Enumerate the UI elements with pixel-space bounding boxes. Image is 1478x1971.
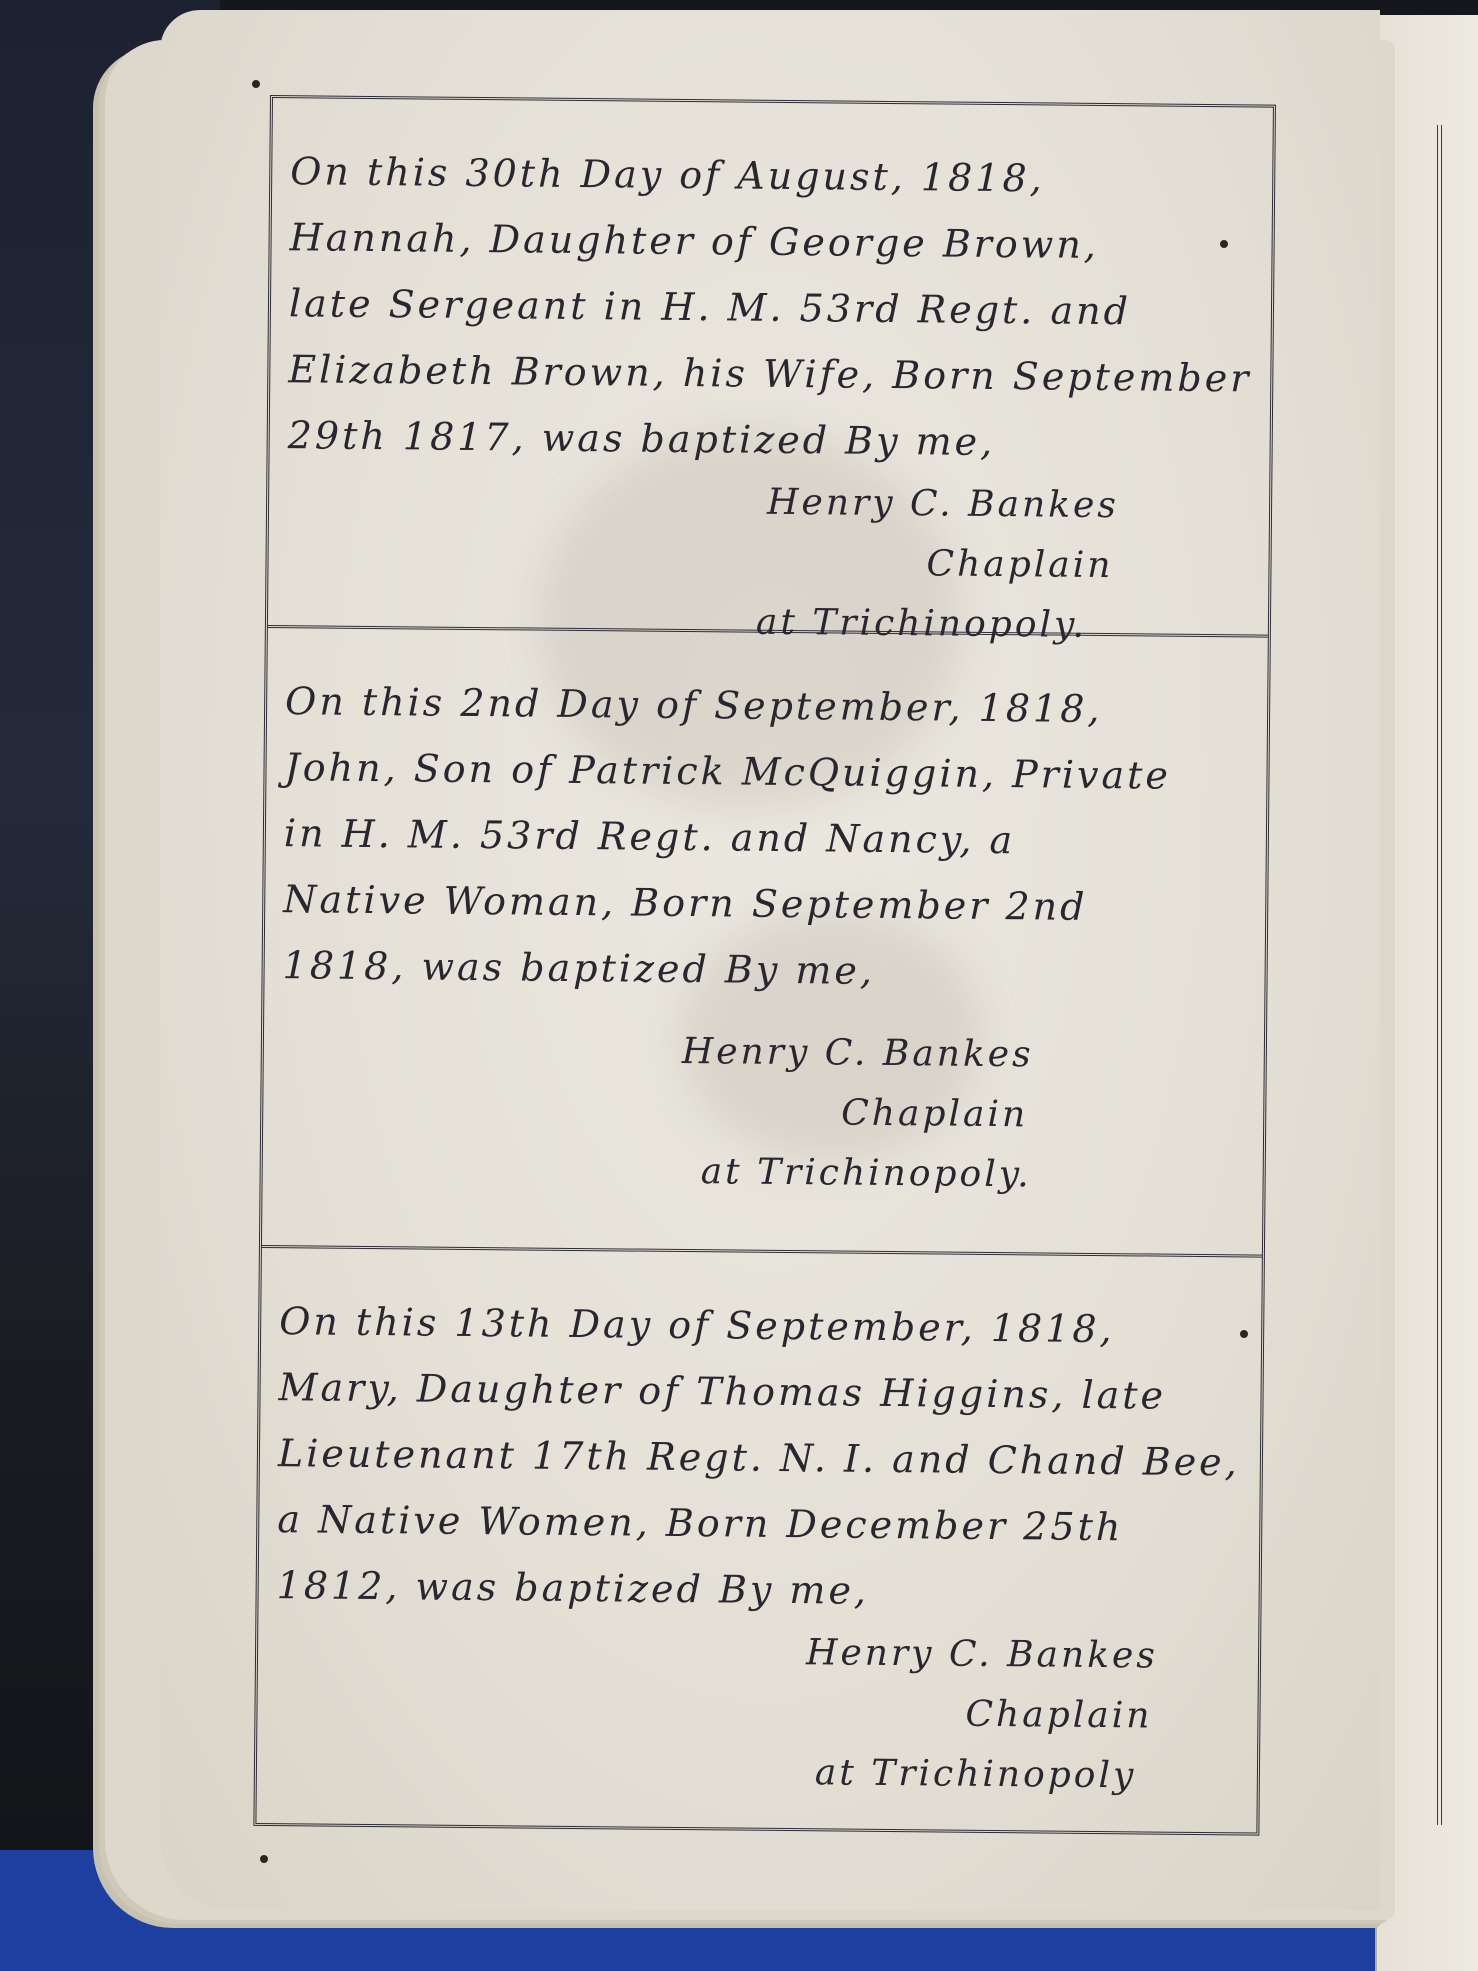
wormhole	[260, 1855, 268, 1863]
signature-name: Henry C. Bankes	[806, 1623, 1241, 1687]
adjacent-page-rule	[1437, 125, 1442, 1825]
entry-line: in H. M. 53rd Regt. and Nancy, a	[284, 800, 1249, 875]
entry-line: Elizabeth Brown, his Wife, Born Septembe…	[288, 336, 1253, 411]
wormhole	[252, 80, 260, 88]
entry-line: 1818, was baptized By me,	[282, 932, 1247, 1007]
entry-line: Hannah, Daughter of George Brown,	[289, 204, 1254, 279]
signature-title: Chaplain	[841, 1084, 1246, 1148]
baptism-entry: On this 13th Day of September, 1818, Mar…	[256, 1248, 1261, 1833]
signature-name: Henry C. Bankes	[682, 1022, 1247, 1087]
register-page: On this 30th Day of August, 1818, Hannah…	[160, 10, 1380, 1910]
register-frame: On this 30th Day of August, 1818, Hannah…	[253, 95, 1276, 1836]
signature-name: Henry C. Bankes	[767, 473, 1252, 538]
entry-line: On this 30th Day of August, 1818,	[290, 138, 1255, 213]
entry-line: On this 2nd Day of September, 1818,	[285, 668, 1250, 743]
signature-place: at Trichinopoly.	[700, 1142, 1245, 1207]
entry-line: late Sergeant in H. M. 53rd Regt. and	[289, 270, 1254, 345]
entry-line: Native Woman, Born September 2nd	[283, 866, 1248, 941]
entry-line: 1812, was baptized By me,	[276, 1552, 1241, 1627]
baptism-entry: On this 2nd Day of September, 1818, John…	[262, 628, 1268, 1258]
signature-title: Chaplain	[926, 534, 1251, 597]
signature-title: Chaplain	[965, 1685, 1240, 1748]
entry-line: Mary, Daughter of Thomas Higgins, late	[278, 1354, 1243, 1429]
entry-line: a Native Women, Born December 25th	[277, 1486, 1242, 1561]
signature-place: at Trichinopoly	[815, 1743, 1240, 1807]
entry-line: On this 13th Day of September, 1818,	[279, 1288, 1244, 1363]
baptism-entry: On this 30th Day of August, 1818, Hannah…	[268, 98, 1273, 638]
entry-line: Lieutenant 17th Regt. N. I. and Chand Be…	[278, 1420, 1243, 1495]
entry-line: John, Son of Patrick McQuiggin, Private	[284, 734, 1249, 809]
entry-line: 29th 1817, was baptized By me,	[287, 402, 1252, 477]
